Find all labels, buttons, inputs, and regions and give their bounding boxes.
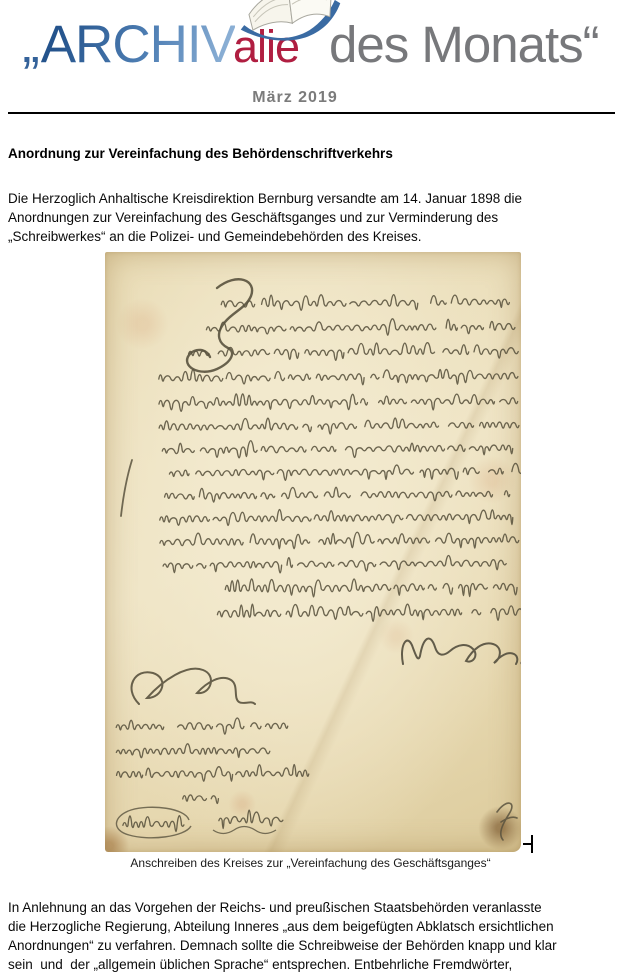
an-flourish	[132, 669, 255, 704]
signature-dot	[520, 661, 521, 664]
article-title: Anordnung zur Vereinfachung des Behörden…	[8, 146, 613, 161]
handwriting-line: die Polizei-Verwaltungen,	[116, 718, 288, 735]
scanned-letter-image: Zur Vereinfachung des Geschäfts-ganges u…	[105, 252, 521, 852]
logo-open-quote: „	[22, 19, 39, 71]
handwriting-line: J.-No. 21226.	[123, 816, 188, 832]
handwriting-line: meindebehörden des Kreises, im amt-	[160, 531, 519, 550]
handwriting-line: ganges und zur Verminderung	[206, 318, 515, 337]
archivalie-logo: „ ARCHIV alie des Monats“	[0, 4, 621, 86]
handwriting-line: lichen Schriftverkehr hiernach zu verfah…	[163, 555, 512, 574]
handwriting-line: Herzoglich Anhaltische Kreisdirektion.	[217, 602, 521, 622]
margin-slash	[121, 460, 132, 516]
handwriting-line: und preußischen Staatsbehörden die	[162, 439, 513, 459]
handwriting-line: Herren Amts-Vorsteher,	[116, 743, 269, 758]
handwriting-line: des Schreibwerks der Behörden hat	[189, 342, 519, 361]
header-divider	[8, 112, 615, 114]
logo-monats-text: des Monats“	[329, 19, 599, 70]
newsletter-page: „ ARCHIV alie des Monats“ März 2019 Anor…	[0, 0, 621, 976]
handwriting-line: des	[183, 795, 219, 804]
handwriting-line: des Innern, in Dessau in Anleh-	[159, 392, 518, 412]
logo-archiv-text: ARCHIV	[41, 18, 235, 71]
issue-date: März 2019	[0, 89, 590, 107]
signature-squiggle	[402, 638, 517, 664]
closing-paragraph: In Anlehnung an das Vorgehen der Reichs-…	[8, 898, 618, 974]
logo-alie-text: alie	[233, 21, 299, 72]
handwriting-line: Bernburg, den 14. Januar 1898.	[225, 577, 521, 598]
corner-initials-mark	[497, 803, 517, 840]
handwriting-line: Gemeinde- u. Guts-Vorstände	[116, 764, 315, 782]
handwriting-line: Zur Vereinfachung des Geschäfts-	[221, 293, 509, 311]
image-caption: Anschreiben des Kreises zur „Vereinfachu…	[0, 856, 621, 870]
logo-alie-group: alie	[233, 24, 299, 69]
handwriting-line: Kreises.	[219, 810, 283, 829]
handwritten-letter-svg: Zur Vereinfachung des Geschäfts-ganges u…	[105, 252, 521, 852]
handwriting-line: aus dem beigefügten Abklatsch er-	[169, 463, 521, 481]
handwriting-line: Wir veranlassen die Polizei- und Ge-	[160, 508, 513, 527]
handwriting-line: nung an das Vorgehen der Reichs-	[159, 416, 519, 435]
handwriting-line: sichtlichen Anordnungen getroffen.	[165, 486, 510, 503]
handwriting-lines: Zur Vereinfachung des Geschäfts-ganges u…	[113, 293, 521, 832]
text-cursor-artifact	[522, 834, 536, 854]
intro-paragraph: Die Herzoglich Anhaltische Kreisdirektio…	[8, 189, 616, 246]
